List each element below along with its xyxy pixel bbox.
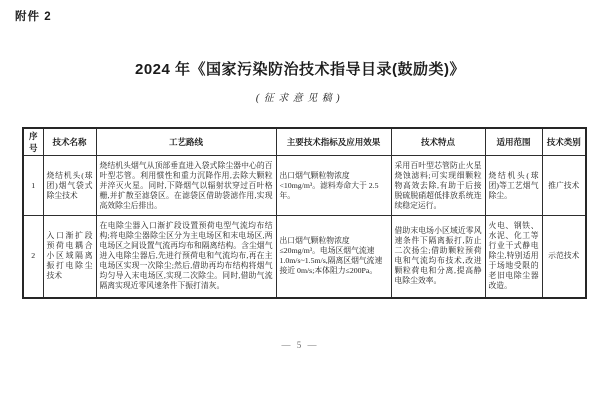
cell-indicators: 出口烟气颗粒物浓度≤20mg/m³。电场区烟气流速 1.0m/s~1.5m/s,… bbox=[276, 216, 391, 298]
col-header-scope: 适用范围 bbox=[485, 128, 542, 156]
document-page: 附件 2 2024 年《国家污染防治技术指导目录(鼓励类)》 (征求意见稿) 序… bbox=[0, 0, 600, 400]
cell-features: 借助末电场小区域近零风速条件下隔离振打,防止二次扬尘;借助颗粒预荷电和气流均布技… bbox=[391, 216, 485, 298]
table-row: 2 入口渐扩段预荷电耦合小区域隔离振打电除尘技术 在电除尘器入口渐扩段设置预荷电… bbox=[23, 216, 586, 298]
cell-scope: 火电、钢铁、水泥、化工等行业干式静电除尘,特别适用于场地受限的老旧电除尘器改造。 bbox=[485, 216, 542, 298]
cell-tech-name: 入口渐扩段预荷电耦合小区域隔离振打电除尘技术 bbox=[43, 216, 96, 298]
col-header-indicators: 主要技术指标及应用效果 bbox=[276, 128, 391, 156]
cell-process-route: 在电除尘器入口渐扩段设置预荷电型气流均布结构;将电除尘器除尘区分为主电场区和末电… bbox=[96, 216, 276, 298]
table-container: 序号 技术名称 工艺路线 主要技术指标及应用效果 技术特点 适用范围 技术类别 … bbox=[22, 127, 585, 299]
cell-indicators: 出口烟气颗粒物浓度<10mg/m³。滤料寿命大于 2.5 年。 bbox=[276, 156, 391, 216]
cell-process-route: 烧结机头烟气从顶部垂直进入袋式除尘器中心的百叶型芯管。利用惯性和重力沉降作用,去… bbox=[96, 156, 276, 216]
cell-index: 1 bbox=[23, 156, 43, 216]
cell-index: 2 bbox=[23, 216, 43, 298]
col-header-index: 序号 bbox=[23, 128, 43, 156]
table-header-row: 序号 技术名称 工艺路线 主要技术指标及应用效果 技术特点 适用范围 技术类别 bbox=[23, 128, 586, 156]
cell-category: 示范技术 bbox=[542, 216, 586, 298]
attachment-label: 附件 2 bbox=[15, 8, 52, 24]
page-title: 2024 年《国家污染防治技术指导目录(鼓励类)》 bbox=[0, 58, 600, 79]
cell-tech-name: 烧结机头(球团)烟气袋式除尘技术 bbox=[43, 156, 96, 216]
col-header-process-route: 工艺路线 bbox=[96, 128, 276, 156]
cell-features: 采用百叶型芯管防止火星烧蚀滤料;可实现细颗粒物高效去除,有助于后接脱硫脱硝超低排… bbox=[391, 156, 485, 216]
page-subtitle: (征求意见稿) bbox=[0, 89, 600, 104]
technology-table: 序号 技术名称 工艺路线 主要技术指标及应用效果 技术特点 适用范围 技术类别 … bbox=[22, 127, 587, 299]
table-row: 1 烧结机头(球团)烟气袋式除尘技术 烧结机头烟气从顶部垂直进入袋式除尘器中心的… bbox=[23, 156, 586, 216]
col-header-tech-name: 技术名称 bbox=[43, 128, 96, 156]
cell-scope: 烧结机头(球团)等工艺烟气除尘。 bbox=[485, 156, 542, 216]
col-header-category: 技术类别 bbox=[542, 128, 586, 156]
cell-category: 推广技术 bbox=[542, 156, 586, 216]
col-header-features: 技术特点 bbox=[391, 128, 485, 156]
page-number: — 5 — bbox=[0, 340, 600, 350]
